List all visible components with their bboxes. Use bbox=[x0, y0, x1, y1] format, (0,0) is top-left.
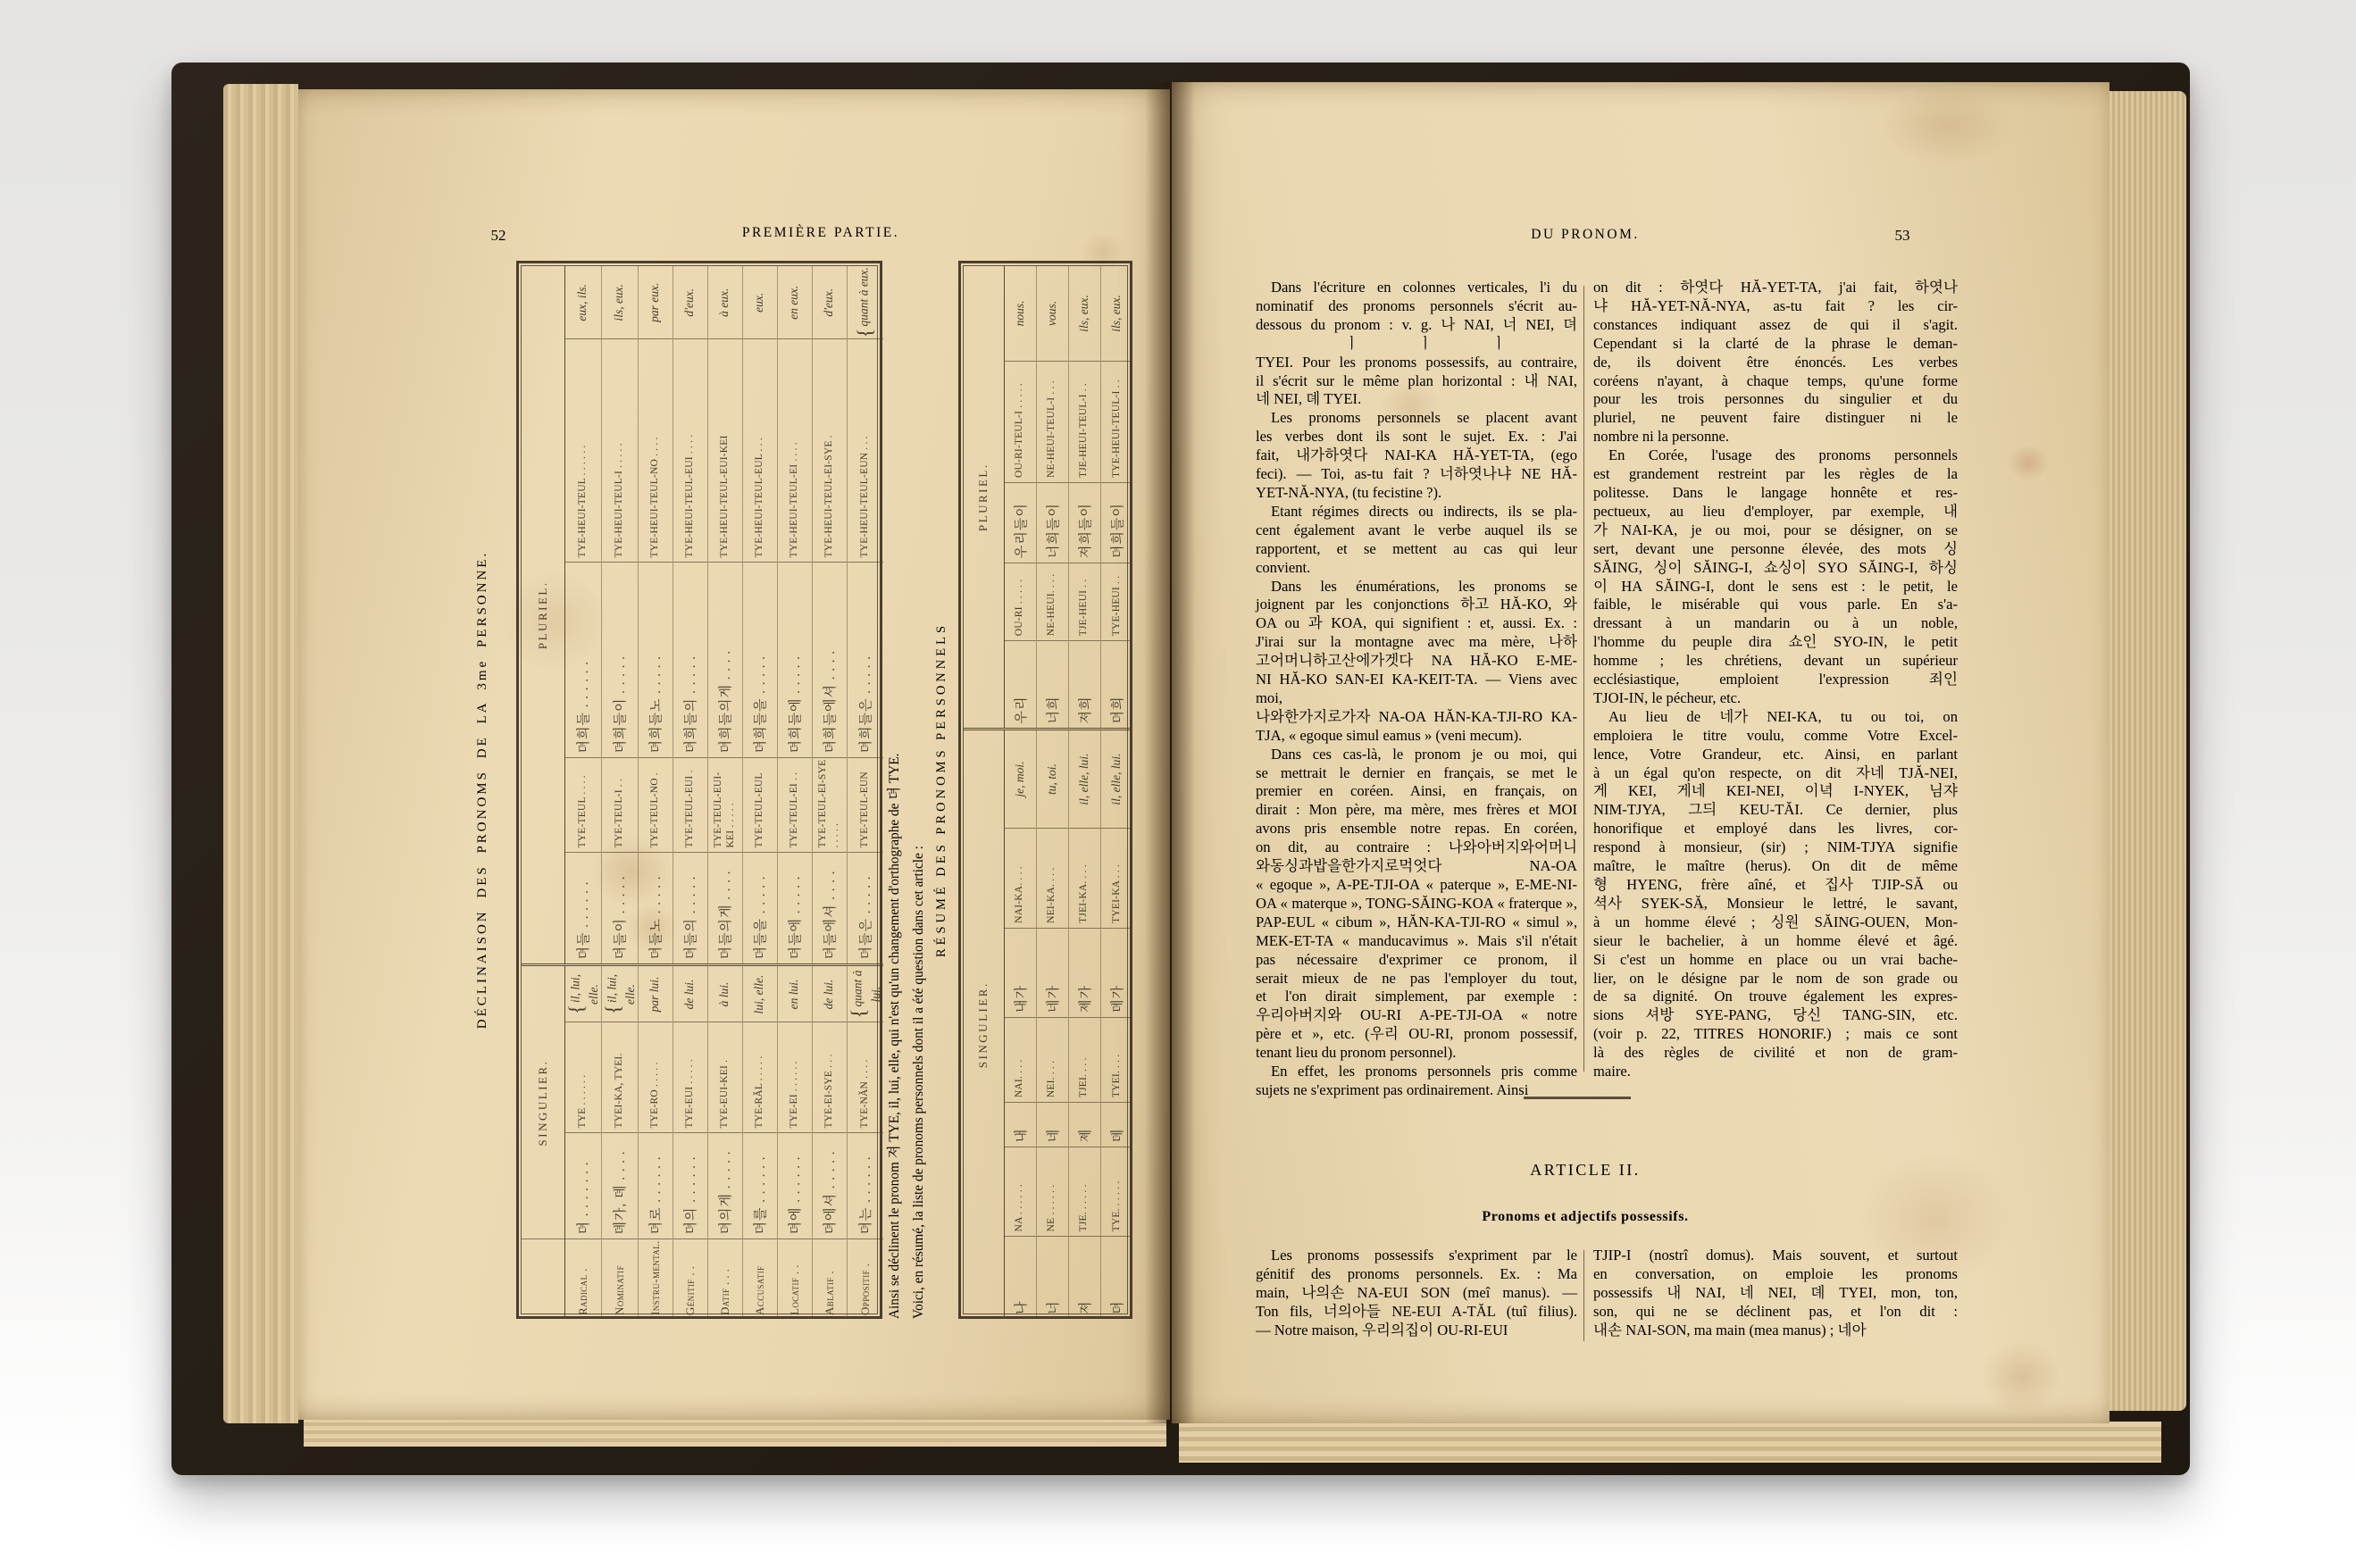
table-row: Ablatif .뎌에셔 . . . . .TYE-EI-SYE . . .de… bbox=[812, 266, 847, 1319]
text-line: cent également avant le verbe auquel ils… bbox=[1256, 521, 1577, 540]
table-cell: OU-RI . . . . . bbox=[1004, 563, 1036, 641]
table-cell: TYE-TEUL-EUL bbox=[742, 758, 777, 853]
table-cell: TYE . . . . . . bbox=[564, 1022, 601, 1133]
table-cell: par lui. bbox=[638, 965, 673, 1022]
text-line: 네 NEI, 뎨 TYEI. bbox=[1256, 390, 1577, 409]
table-cell: Oppositif . bbox=[847, 1239, 883, 1319]
table-cell: de lui. bbox=[673, 965, 707, 1022]
table-cell: 뎌들의 . . . . . bbox=[673, 853, 707, 965]
text-line: sions 셔방 SYE-PANG, 당신 TANG-SIN, etc. bbox=[1593, 1006, 1958, 1025]
text-line: MEK-ET-TA « manducavimus ». Mais s'il n'… bbox=[1256, 932, 1577, 951]
table-cell: 뎌들에 . . . . . bbox=[777, 853, 812, 965]
table-cell: il, lui, elle. bbox=[601, 965, 638, 1022]
text-line: Au lieu de 네가 NEI-KA, tu ou toi, on bbox=[1593, 708, 1958, 727]
table-cell: TYEI. . . . bbox=[1100, 1017, 1132, 1102]
text-line: En effet, les pronoms personnels pris co… bbox=[1256, 1063, 1577, 1081]
table-cell: eux. bbox=[742, 266, 777, 339]
table-row: 너NE . . . . . .네NEI. . . .네가NEI-KA. . . … bbox=[1036, 266, 1068, 1319]
table-cell: NEI. . . . bbox=[1036, 1017, 1068, 1102]
table-cell: ils, eux. bbox=[601, 266, 638, 339]
table-cell: Accusatif bbox=[742, 1239, 777, 1319]
table-cell: tu, toi. bbox=[1036, 730, 1068, 828]
table-cell: TYE-HEUI-TEUL-EUI . . . . bbox=[673, 339, 707, 563]
table-cell: TYE-TEUL-EUN bbox=[847, 758, 883, 853]
table-cell: TYE-EI . . . . . . bbox=[777, 1022, 812, 1133]
text-line: pectueux, au lieu d'employer, par exempl… bbox=[1593, 503, 1958, 521]
left-bottom-page-edges bbox=[304, 1418, 1166, 1447]
table-cell: 뎌들의게 . . . . bbox=[707, 853, 742, 965]
bottom-column-1: Les pronoms possessifs s'expriment par l… bbox=[1256, 1247, 1577, 1340]
table-row: Instru-mental.뎌로 . . . . . .TYE-RO . . .… bbox=[638, 266, 673, 1319]
table-cell: 너희들이 bbox=[1036, 483, 1068, 563]
paragraph: on dit : 하엿다 HĂ-YET-TA, j'ai fait, 하엿나냐 … bbox=[1593, 279, 1958, 446]
table-cell: TJEI. . . . bbox=[1068, 1017, 1100, 1102]
paragraph: Etant régimes directs ou indirects, ils … bbox=[1256, 503, 1577, 578]
table-row: Génitif . .뎌의 . . . . . .TYE-EUI . . . .… bbox=[673, 266, 707, 1319]
text-line: Etant régimes directs ou indirects, ils … bbox=[1256, 503, 1577, 521]
text-line: de sa dignité. On trouve également les e… bbox=[1593, 988, 1958, 1006]
article-heading: ARTICLE II. bbox=[1393, 1161, 1777, 1180]
text-line: OA ou 과 KOA, qui signifient : et, aussi.… bbox=[1256, 614, 1577, 633]
paragraph: Les pronoms possessifs s'expriment par l… bbox=[1256, 1247, 1577, 1340]
text-line: on dit, au contraire : 나와아버지와어머니 bbox=[1256, 838, 1577, 857]
text-line: on dit : 하엿다 HĂ-YET-TA, j'ai fait, 하엿나 bbox=[1593, 279, 1958, 297]
declension-side-title: DÉCLINAISON DES PRONOMS DE LA 3me PERSON… bbox=[475, 261, 502, 1319]
text-line: En Corée, l'usage des pronoms personnels bbox=[1593, 446, 1958, 465]
table-cell: à lui. bbox=[707, 965, 742, 1022]
table-cell: 뎌의게 . . . . . bbox=[707, 1133, 742, 1239]
text-line: nominatif des pronoms personnels s'écrit… bbox=[1256, 297, 1577, 316]
left-page-stack-edge bbox=[223, 84, 298, 1423]
pluriel-header: PLURIEL. bbox=[964, 266, 1004, 730]
table-cell: NE . . . . . . bbox=[1036, 1147, 1068, 1237]
table-cell: TYE-RĂL . . . . . bbox=[742, 1022, 777, 1133]
table-cell: je, moi. bbox=[1004, 730, 1036, 828]
table-cell: TYE-EI-SYE . . . bbox=[812, 1022, 847, 1133]
resume-table: SINGULIER. PLURIEL. 나NA . . . . . .내NAI.… bbox=[964, 266, 1132, 1319]
table-cell: il, lui, elle. bbox=[564, 965, 601, 1022]
table-cell: 뎌들은 . . . . . bbox=[847, 853, 883, 965]
right-page-number: 53 bbox=[1876, 227, 1929, 245]
text-line: Cependant si la clarté de la phrase le d… bbox=[1593, 335, 1958, 354]
text-line: TJIP-I (nostrî domus). Mais souvent, et … bbox=[1593, 1247, 1958, 1265]
text-column-2: on dit : 하엿다 HĂ-YET-TA, j'ai fait, 하엿나냐 … bbox=[1593, 279, 1958, 1081]
right-bottom-page-edges bbox=[1179, 1422, 2161, 1463]
table-cell: TYE-HEUI-TEUL-I . . bbox=[1100, 361, 1132, 482]
table-cell: par eux. bbox=[638, 266, 673, 339]
table-cell: NAI. . . . bbox=[1004, 1017, 1036, 1102]
table-cell: TYE-HEUI-TEUL . . . . . . bbox=[564, 339, 601, 563]
text-line: (voir p. 22, TITRES HONORIF.) ; mais ce … bbox=[1593, 1025, 1958, 1044]
table-cell: 뎌 . . . . . . . bbox=[564, 1133, 601, 1239]
text-line: possessifs 내 NAI, 네 NEI, 뎨 TYEI, mon, to… bbox=[1593, 1284, 1958, 1303]
table-cell: 너희 bbox=[1036, 641, 1068, 730]
paragraph: Dans ces cas-là, le pronom je ou moi, qu… bbox=[1256, 746, 1577, 1063]
table-cell: 뎨 bbox=[1100, 1103, 1132, 1147]
text-line: 이 HA SĂING-I, dont le sens est : le peti… bbox=[1593, 578, 1958, 596]
text-line: et l'on dirait simplement, par exemple : bbox=[1256, 988, 1577, 1006]
table-row: Radical .뎌 . . . . . . .TYE . . . . . .i… bbox=[564, 266, 601, 1319]
table-cell: TYE-TEUL-NO . bbox=[638, 758, 673, 853]
table-cell: d'eux. bbox=[812, 266, 847, 339]
table-row: 나NA . . . . . .내NAI. . . .내가NAI-KA. . . … bbox=[1004, 266, 1036, 1319]
text-line: joignent par les conjonctions 하고 HĂ-KO, … bbox=[1256, 596, 1577, 614]
left-running-header: PREMIÈRE PARTIE. bbox=[620, 225, 1022, 241]
note-line-2: Voici, en résumé, la liste de pronoms pe… bbox=[906, 261, 931, 1319]
table-cell: 져희들이 bbox=[1068, 483, 1100, 563]
text-line: pluriel, ne peuvent faire distinguer ni … bbox=[1593, 409, 1958, 428]
text-line: coréens n'ayant, à chaque temps, qu'une … bbox=[1593, 372, 1958, 391]
paragraph: Les pronoms personnels se placent avantl… bbox=[1256, 409, 1577, 503]
text-line: maire. bbox=[1593, 1063, 1958, 1081]
left-page-number: 52 bbox=[472, 227, 525, 245]
table-cell: 뎌들이 . . . . . bbox=[601, 853, 638, 965]
table-cell: Locatif . . bbox=[777, 1239, 812, 1319]
table-cell: en eux. bbox=[777, 266, 812, 339]
text-line: PAP-EUL « cibum », HĂN-KA-TJI-RO « simul… bbox=[1256, 913, 1577, 932]
table-cell: d'eux. bbox=[673, 266, 707, 339]
text-line: Les pronoms possessifs s'expriment par l… bbox=[1256, 1247, 1577, 1265]
text-line: TJOI-IN, le pécheur, etc. bbox=[1593, 689, 1958, 708]
declension-table-body: Radical .뎌 . . . . . . .TYE . . . . . .i… bbox=[564, 266, 883, 1319]
text-line: emploiera le titre voulu, comme Votre Ex… bbox=[1593, 727, 1958, 746]
table-cell: 뎌로 . . . . . . bbox=[638, 1133, 673, 1239]
table-cell: Instru-mental. bbox=[638, 1239, 673, 1319]
text-line: main, 나의손 NA-EUI SON (meî manus). — bbox=[1256, 1284, 1577, 1303]
table-cell: 뎌희들노 . . . . . bbox=[638, 563, 673, 758]
table-cell: ils, eux. bbox=[1068, 266, 1100, 361]
table-cell: TYE-HEUI-TEUL-EI-SYE . bbox=[812, 339, 847, 563]
table-cell: 뎌희들의 . . . . . bbox=[673, 563, 707, 758]
table-cell: 졔 bbox=[1068, 1103, 1100, 1147]
text-line: se mettrait le dernier en français, se m… bbox=[1256, 764, 1577, 783]
table-cell: TYE-HEUI-TEUL-NO . . . . bbox=[638, 339, 673, 563]
text-line: 형 HYENG, frère aîné, et 집사 TJIP-SĂ ou bbox=[1593, 876, 1958, 895]
table-row: Locatif . .뎌에 . . . . . .TYE-EI . . . . … bbox=[777, 266, 812, 1319]
table-row: Nominatif뎨가, 뎨 . . . .TYEI-KA, TYEI.il, … bbox=[601, 266, 638, 1319]
text-line: honorifique et employé dans les livres, … bbox=[1593, 820, 1958, 838]
table-cell: TYE-EUI-KEI . bbox=[707, 1022, 742, 1133]
table-cell: TYEI-KA, TYEI. bbox=[601, 1022, 638, 1133]
text-line: les verbes dont ils sont le sujet. Ex. :… bbox=[1256, 428, 1577, 446]
text-line: serait mieux de ne pas l'employer du tou… bbox=[1256, 970, 1577, 988]
paragraph: En Corée, l'usage des pronoms personnels… bbox=[1593, 446, 1958, 708]
text-line: sert, devant une personne élevée, des mo… bbox=[1593, 540, 1958, 559]
table-cell: Ablatif . bbox=[812, 1239, 847, 1319]
text-line: Les pronoms personnels se placent avant bbox=[1256, 409, 1577, 428]
table-cell: 뎌에 . . . . . . bbox=[777, 1133, 812, 1239]
table-cell: TYE-HEUI-TEUL-EI . . . . bbox=[777, 339, 812, 563]
table-cell: Génitif . . bbox=[673, 1239, 707, 1319]
table-cell: 뎌희들을 . . . . . bbox=[742, 563, 777, 758]
table-cell: TJEI-KA. . . . bbox=[1068, 828, 1100, 928]
text-line: pas nécessaire d'exprimer ce pronom, il bbox=[1256, 951, 1577, 970]
table-cell: quant à lui. bbox=[847, 965, 883, 1022]
table-cell: TJE-HEUI . . bbox=[1068, 563, 1100, 641]
table-cell: il, elle, lui. bbox=[1068, 730, 1100, 828]
text-line: TJA, « egoque simul eamus » (veni mecum)… bbox=[1256, 727, 1577, 746]
text-line: 나와한가지로가자 NA-OA HĂN-KA-TJI-RO KA- bbox=[1256, 708, 1577, 727]
book-photo: 52 PREMIÈRE PARTIE. DÉCLINAISON DES PRON… bbox=[0, 0, 2356, 1568]
text-line: nombre ni la personne. bbox=[1593, 428, 1958, 446]
text-line: 내손 NAI-SON, ma main (mea manus) ; 네아 bbox=[1593, 1322, 1958, 1340]
table-cell: 뎌희들의게 . . . . bbox=[707, 563, 742, 758]
table-cell: TYE-HEUI-TEUL-I . . . . . bbox=[601, 339, 638, 563]
table-cell: 뎨가 bbox=[1100, 928, 1132, 1017]
text-line: lence, Votre Grandeur, etc. Ainsi, en pa… bbox=[1593, 746, 1958, 764]
paragraph: En effet, les pronoms personnels pris co… bbox=[1256, 1063, 1577, 1100]
table-cell: 뎌들을 . . . . . bbox=[742, 853, 777, 965]
table-cell: eux, ils. bbox=[564, 266, 601, 339]
bottom-column-divider bbox=[1583, 1250, 1584, 1341]
text-line: homme ; les chrétiens, devant un supérie… bbox=[1593, 652, 1958, 671]
table-cell: TJE-HEUI-TEUL-I . . bbox=[1068, 361, 1100, 482]
table-cell: TYE-EUI . . . . . bbox=[673, 1022, 707, 1133]
table-cell: TYE-TEUL-EUI . bbox=[673, 758, 707, 853]
text-line: rapportent, et se mettent au cas qui leu… bbox=[1256, 540, 1577, 559]
paragraph: TJIP-I (nostrî domus). Mais souvent, et … bbox=[1593, 1247, 1958, 1340]
column-divider bbox=[1583, 286, 1584, 1072]
table-cell: 너 bbox=[1036, 1237, 1068, 1319]
paragraph: Dans les énumérations, les pronoms sejoi… bbox=[1256, 578, 1577, 746]
table-cell: TJE. . . . . . bbox=[1068, 1147, 1100, 1237]
article-subheading: Pronoms et adjectifs possessifs. bbox=[1393, 1209, 1777, 1225]
table-cell: 뎌희들이 . . . . . bbox=[601, 563, 638, 758]
text-line: est grandement restreint par les règles … bbox=[1593, 465, 1958, 484]
table-cell: TYE-TEUL-EI . . bbox=[777, 758, 812, 853]
text-line: fait, 내가하엿다 NAI-KA HĂ-YET-TA, (ego bbox=[1256, 446, 1577, 465]
table-cell: 우리 bbox=[1004, 641, 1036, 730]
text-line: OA « materque », TONG-SĂING-KOA « frater… bbox=[1256, 895, 1577, 913]
text-line: Si c'est un homme en place ou un vrai ba… bbox=[1593, 951, 1958, 970]
table-cell: 뎌들에셔 . . . . bbox=[812, 853, 847, 965]
text-line: de, ils doivent être énoncés. Les verbes bbox=[1593, 354, 1958, 372]
text-line: J'irai sur la montagne avec ma mère, 나하 bbox=[1256, 633, 1577, 652]
resume-table-rotated-area: SINGULIER. PLURIEL. 나NA . . . . . .내NAI.… bbox=[964, 266, 1132, 1319]
text-line: à un égal qu'on respecte, on dit 자네 TJĂ-… bbox=[1593, 764, 1958, 783]
table-cell: 뎌희들은 . . . . . bbox=[847, 563, 883, 758]
table-cell: quant à eux. bbox=[847, 266, 883, 339]
table-cell: NE-HEUI-TEUL-I . . . bbox=[1036, 361, 1068, 482]
table-cell: TYE-HEUI-TEUL-EUI-KEI bbox=[707, 339, 742, 563]
text-line: politesse. Dans le langage honnête et re… bbox=[1593, 484, 1958, 503]
singulier-header: SINGULIER. bbox=[964, 730, 1004, 1319]
table-cell: 뎌에셔 . . . . . bbox=[812, 1133, 847, 1239]
text-line: père et », etc. (우리 OU-RI, pronom posses… bbox=[1256, 1025, 1577, 1044]
text-line: ecclésiastique, emploient l'expression 죄… bbox=[1593, 671, 1958, 689]
table-cell: NAI-KA. . . . bbox=[1004, 828, 1036, 928]
table-cell: 뎌들 . . . . . . bbox=[564, 853, 601, 965]
text-line: dirait : Mon père, ma mère, mes frères e… bbox=[1256, 801, 1577, 820]
text-line: là des règles de civilité et non de gram… bbox=[1593, 1044, 1958, 1063]
table-cell: vous. bbox=[1036, 266, 1068, 361]
table-cell: 뎌의 . . . . . . bbox=[673, 1133, 707, 1239]
table-cell: 뎌들노 . . . . . bbox=[638, 853, 673, 965]
table-cell: il, elle, lui. bbox=[1100, 730, 1132, 828]
table-cell: 네가 bbox=[1036, 928, 1068, 1017]
table-cell: 내가 bbox=[1004, 928, 1036, 1017]
table-cell: 뎌는 . . . . . . bbox=[847, 1133, 883, 1239]
table-cell: NA . . . . . . bbox=[1004, 1147, 1036, 1237]
declension-table-rotated-area: SINGULIER. PLURIEL. Radical .뎌 . . . . .… bbox=[522, 266, 882, 1319]
text-line: 와동싱과밥을한가지로먹엇다 NA-OA bbox=[1256, 857, 1577, 876]
text-line: avons pris ensemble notre repas. En coré… bbox=[1256, 820, 1577, 838]
text-line: Dans ces cas-là, le pronom je ou moi, qu… bbox=[1256, 746, 1577, 764]
table-cell: TYE-RO . . . . . bbox=[638, 1022, 673, 1133]
text-line: SĂING, 싱이 SĂING-I, 쇼싱이 SYO SĂING-I, 하싱 bbox=[1593, 559, 1958, 578]
table-cell: lui, elle. bbox=[742, 965, 777, 1022]
text-line: respond à monsieur, (sir) ; NIM-TJYA sig… bbox=[1593, 838, 1958, 857]
table-cell: 뎌희 bbox=[1100, 641, 1132, 730]
table-cell: 져희 bbox=[1068, 641, 1100, 730]
table-cell: 뎌를 . . . . . . bbox=[742, 1133, 777, 1239]
table-cell: NEI-KA. . . . bbox=[1036, 828, 1068, 928]
text-column-1: Dans l'écriture en colonnes verticales, … bbox=[1256, 279, 1577, 1100]
table-cell: OU-RI-TEUL-I . . . . . bbox=[1004, 361, 1036, 482]
text-line: dessous du pronom : v. g. 나 NAI, 너 NEI, … bbox=[1256, 316, 1577, 335]
table-row: 져TJE. . . . . .졔TJEI. . . .졔가TJEI-KA. . … bbox=[1068, 266, 1100, 1319]
table-cell: TYE-HEUI . . bbox=[1100, 563, 1132, 641]
table-cell: NE-HEUI. . . . bbox=[1036, 563, 1068, 641]
table-cell: 내 bbox=[1004, 1103, 1036, 1147]
text-line: convient. bbox=[1256, 559, 1577, 578]
text-line: NIM-TJYA, 그듸 KEU-TĂI. Ce dernier, plus bbox=[1593, 801, 1958, 820]
table-cell: 나 bbox=[1004, 1237, 1036, 1319]
table-cell: 져 bbox=[1068, 1237, 1100, 1319]
gutter-shadow bbox=[1145, 82, 1195, 1423]
table-cell: Datif . . . bbox=[707, 1239, 742, 1319]
text-line: maître, le maître (herus). On dit de mêm… bbox=[1593, 857, 1958, 876]
paragraph: Dans l'écriture en colonnes verticales, … bbox=[1256, 279, 1577, 409]
table-cell: 우리들이 bbox=[1004, 483, 1036, 563]
table-cell: ils, eux. bbox=[1100, 266, 1132, 361]
text-line: 냐 HĂ-YET-NĂ-NYA, as-tu fait ? les cir- bbox=[1593, 297, 1958, 316]
text-line: YET-NĂ-NYA, (tu fecistine ?). bbox=[1256, 484, 1577, 503]
singulier-header: SINGULIER. bbox=[522, 965, 564, 1239]
table-cell: TYE-TEUL . . . . bbox=[564, 758, 601, 853]
text-line: 우리아버지와 OU-RI A-PE-TJI-OA « notre bbox=[1256, 1006, 1577, 1025]
table-cell: 뎌희들이 bbox=[1100, 483, 1132, 563]
table-cell: 뎌희들에셔 . . . . bbox=[812, 563, 847, 758]
text-line: il s'écrit sur le même plan horizontal :… bbox=[1256, 372, 1577, 391]
text-line: lier, on le désigne par le nom de son gr… bbox=[1593, 970, 1958, 988]
text-line: Dans les énumérations, les pronoms se bbox=[1256, 578, 1577, 596]
table-cell: TYE-HEUI-TEUL-EUN . . . bbox=[847, 339, 883, 563]
table-cell: TYE-TEUL-EUI-KEI . . . . . bbox=[707, 758, 742, 853]
section-rule bbox=[1524, 1097, 1631, 1099]
table-cell: TYE-TEUL-I . . bbox=[601, 758, 638, 853]
table-cell: TYE-HEUI-TEUL-EUL . . . bbox=[742, 339, 777, 563]
right-page-fore-edge bbox=[2110, 91, 2186, 1411]
table-cell: 뎨가, 뎨 . . . . bbox=[601, 1133, 638, 1239]
text-line: — Notre maison, 우리의집이 OU-RI-EUI bbox=[1256, 1322, 1577, 1340]
text-line: « egoque », A-PE-TJI-OA « paterque », E-… bbox=[1256, 876, 1577, 895]
text-line: 고어머니하고산에가겟다 NA HĂ-KO E-ME- bbox=[1256, 652, 1577, 671]
resume-side-title: RÉSUMÉ DES PRONOMS PERSONNELS bbox=[934, 261, 956, 1319]
text-line: en conversation, on emploie les pronoms bbox=[1593, 1265, 1958, 1284]
table-corner-cell bbox=[522, 1239, 564, 1319]
table-cell: 네 bbox=[1036, 1103, 1068, 1147]
table-cell: Radical . bbox=[564, 1239, 601, 1319]
note-text: Ainsi se déclinent le pronom 져 TYE, il, … bbox=[882, 261, 934, 1319]
text-line: génitif des pronoms personnels. Ex. : Ma bbox=[1256, 1265, 1577, 1284]
table-cell: TYEI-KA . . . bbox=[1100, 828, 1132, 928]
table-cell: de lui. bbox=[812, 965, 847, 1022]
table-row: Accusatif뎌를 . . . . . .TYE-RĂL . . . . .… bbox=[742, 266, 777, 1319]
table-cell: nous. bbox=[1004, 266, 1036, 361]
text-line: dressant à un mandarin ou à un noble, bbox=[1593, 614, 1958, 633]
table-cell: Nominatif bbox=[601, 1239, 638, 1319]
table-row: Datif . . .뎌의게 . . . . .TYE-EUI-KEI .à l… bbox=[707, 266, 742, 1319]
text-line: premier en coréen. Ainsi, en français, o… bbox=[1256, 782, 1577, 801]
table-cell: 뎌 bbox=[1100, 1237, 1132, 1319]
text-line: sieur le bachelier, à un homme élevé et … bbox=[1593, 932, 1958, 951]
text-line: feci). — Toi, as-tu fait ? 너하엿나냐 NE HĂ- bbox=[1256, 465, 1577, 484]
table-cell: en lui. bbox=[777, 965, 812, 1022]
table-cell: 뎌희들에 . . . . . bbox=[777, 563, 812, 758]
paragraph: Au lieu de 네가 NEI-KA, tu ou toi, onemplo… bbox=[1593, 708, 1958, 1081]
text-line: pour les trois personnes du singulier et… bbox=[1593, 390, 1958, 409]
text-line: 셕사 SYEK-SĂ, Monsieur le lettré, le savan… bbox=[1593, 895, 1958, 913]
text-line: constances indiquant assez de qui il s'a… bbox=[1593, 316, 1958, 335]
declension-table-box: SINGULIER. PLURIEL. Radical .뎌 . . . . .… bbox=[516, 261, 882, 1319]
note-line-1: Ainsi se déclinent le pronom 져 TYE, il, … bbox=[882, 261, 906, 1319]
resume-table-box: SINGULIER. PLURIEL. 나NA . . . . . .내NAI.… bbox=[958, 261, 1132, 1319]
text-line: TYEI. Pour les pronoms possessifs, au co… bbox=[1256, 354, 1577, 372]
right-running-header: DU PRONOM. bbox=[1402, 227, 1768, 243]
text-line: ㅣ ㅣ ㅣ bbox=[1256, 335, 1577, 354]
table-row: 뎌TYE. . . . . .뎨TYEI. . . .뎨가TYEI-KA . .… bbox=[1100, 266, 1132, 1319]
table-cell: 뎌희들 . . . . . . bbox=[564, 563, 601, 758]
declension-table: SINGULIER. PLURIEL. Radical .뎌 . . . . .… bbox=[522, 266, 883, 1319]
text-line: faible, le misérable qui vous parle. En … bbox=[1593, 596, 1958, 614]
text-line: NI HĂ-KO SAN-EI KA-KEIT-TA. — Viens avec… bbox=[1256, 671, 1577, 708]
pluriel-header: PLURIEL. bbox=[522, 266, 564, 965]
text-line: à un homme élevé ; 싱원 SĂING-OUEN, Mon- bbox=[1593, 913, 1958, 932]
text-line: Dans l'écriture en colonnes verticales, … bbox=[1256, 279, 1577, 297]
text-line: 게 KEI, 게네 KEI-NEI, 이녁 I-NYEK, 님쟈 bbox=[1593, 782, 1958, 801]
table-cell: TYE. . . . . . bbox=[1100, 1147, 1132, 1237]
table-cell: TYE-TEUL-EI-SYE . . . . . bbox=[812, 758, 847, 853]
table-row: Oppositif .뎌는 . . . . . .TYE-NĂN . . . .… bbox=[847, 266, 883, 1319]
table-cell: à eux. bbox=[707, 266, 742, 339]
resume-table-body: 나NA . . . . . .내NAI. . . .내가NAI-KA. . . … bbox=[1004, 266, 1132, 1319]
bottom-column-2: TJIP-I (nostrî domus). Mais souvent, et … bbox=[1593, 1247, 1958, 1340]
table-cell: 졔가 bbox=[1068, 928, 1100, 1017]
text-line: l'homme du peuple dira 쇼인 SYO-IN, le pet… bbox=[1593, 633, 1958, 652]
text-line: son, qui ne se déclinent pas, et l'on di… bbox=[1593, 1303, 1958, 1322]
table-cell: TYE-NĂN . . . . bbox=[847, 1022, 883, 1133]
text-line: tenant lieu du pronom personnel). bbox=[1256, 1044, 1577, 1063]
text-line: 가 NAI-KA, je ou moi, pour se désigner, o… bbox=[1593, 521, 1958, 540]
text-line: Ton fils, 너의아들 NE-EUI A-TĂL (tuî filius)… bbox=[1256, 1303, 1577, 1322]
